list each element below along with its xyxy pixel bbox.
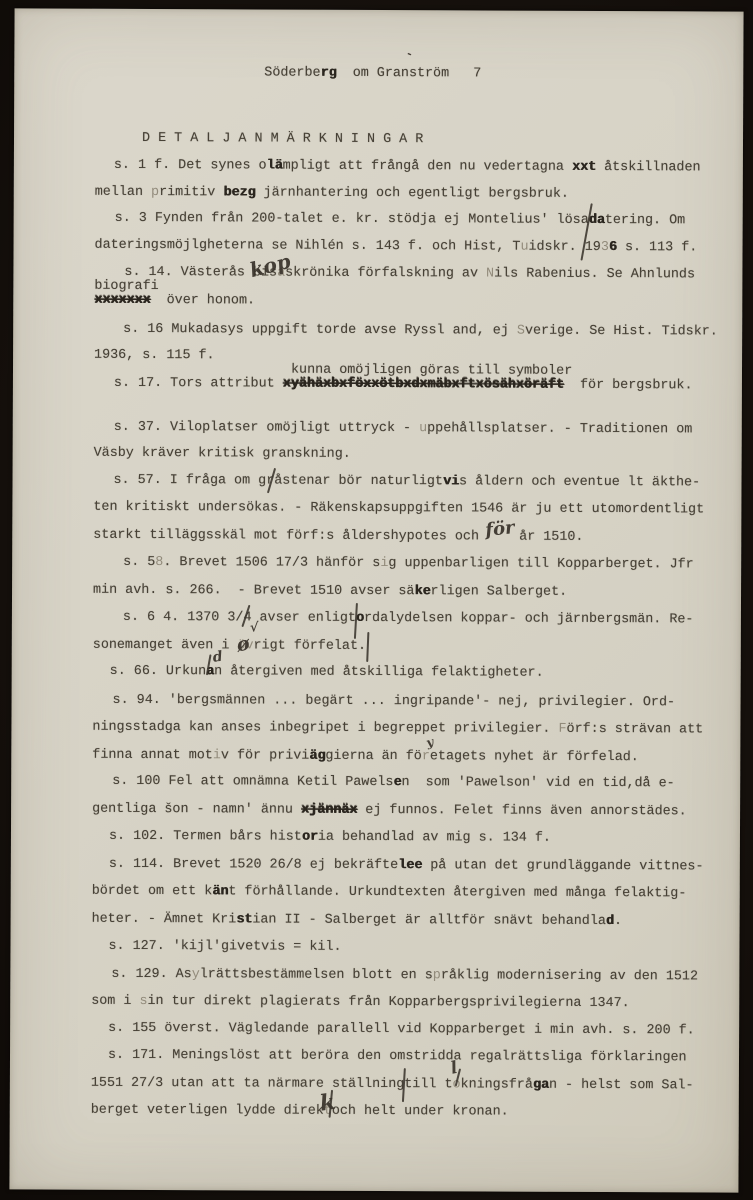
typewritten-text: bezg	[223, 185, 255, 200]
typewritten-line: sonemanget även i övrigt förfelat.	[93, 638, 366, 655]
typewritten-text: som i	[91, 994, 139, 1009]
handwritten-annotation: ø	[235, 634, 251, 655]
typewritten-text: vi	[443, 474, 459, 489]
paper-sheet: Söderberg om Granström 7 D E T A L J A N…	[9, 8, 743, 1192]
typewritten-text: idskr. 19	[528, 240, 600, 255]
typewritten-line: bördet om ett känt förhållande. Urkundte…	[92, 884, 687, 903]
typewritten-text: ej funnos. Felet finns även annorstädes.	[357, 803, 687, 819]
typewritten-text: ppehållsplatser. - Traditionen om	[427, 421, 692, 437]
typewritten-text: mellan	[95, 185, 151, 200]
typewritten-text: kningsfrå	[461, 1077, 533, 1092]
typewritten-text: r	[422, 749, 430, 764]
typewritten-text: rigt förfelat.	[254, 638, 367, 653]
typewritten-text: n som 'Pawelson' vid en tid,då e-	[401, 775, 674, 791]
typewritten-text: örf:s strävan att	[567, 722, 704, 738]
typewritten-text: s åldern och eventue lt äkthe-	[459, 474, 700, 490]
typewritten-text: n återgiven med åtskilliga felaktigheter…	[214, 664, 544, 680]
typewritten-text-block: Söderberg om Granström 7 D E T A L J A N…	[15, 8, 744, 11]
typewritten-line: s. 129. Asylrättsbestämmelsen blott en s…	[111, 967, 698, 986]
typewritten-line: s. 66. Urkunan återgiven med åtskilliga …	[110, 664, 544, 682]
typewritten-text: tering. Om	[605, 213, 685, 228]
typewritten-text: mpligt att frångå den nu vedertagna	[283, 159, 572, 175]
typewritten-text: st	[236, 912, 252, 927]
typewritten-text: gentliga šon - namn' ännu	[92, 802, 301, 818]
typewritten-text: s. 102. Termen bårs hist	[109, 829, 302, 845]
typewritten-text: 1551 27/3 utan att ta närmare ställningt…	[91, 1076, 453, 1093]
typewritten-text: n - helst som Sal-	[549, 1078, 694, 1094]
typewritten-text: S	[517, 324, 525, 339]
typewritten-text: v för privi	[221, 748, 309, 763]
typewritten-text: xxt	[572, 160, 596, 175]
typewritten-line: 1936, s. 115 f.	[94, 348, 215, 365]
handwritten-annotation: för	[484, 519, 515, 540]
typewritten-text: . Brevet 1506 17/3 hänför s	[163, 555, 380, 571]
handwritten-annotation: k	[318, 1091, 336, 1115]
typewritten-text: s. 129. As	[111, 967, 191, 982]
typewritten-text: p	[433, 968, 441, 983]
typewritten-text: ke	[414, 584, 430, 599]
typewritten-text: s. 155 överst. Vägledande parallell vid …	[108, 1021, 695, 1039]
typewritten-line: s. 58. Brevet 1506 17/3 hänför sig uppen…	[123, 555, 694, 573]
pen-stroke-annotation	[366, 632, 369, 662]
typewritten-text: s. 17. Tors attribut	[114, 376, 283, 392]
typewritten-line: s. 102. Termen bårs historia behandlad a…	[109, 829, 551, 847]
typewritten-text: rligen Salberget.	[431, 584, 568, 600]
typewritten-text: Väsby kräver kritisk granskning.	[94, 446, 351, 462]
typewritten-line: mellan primitiv bezg järnhantering och e…	[95, 185, 569, 203]
typewritten-line: s. 1 f. Det synes olämpligt att frångå d…	[114, 158, 701, 177]
typewritten-text: etagets nyhet är förfelad.	[430, 749, 639, 765]
typewritten-line: Väsby kräver kritisk granskning.	[94, 446, 351, 463]
typewritten-line: heter. - Ämnet Kristian II - Salberget ä…	[92, 912, 622, 930]
scan-background: { "page":{ "background_color":"#140f0b",…	[0, 0, 753, 1200]
typewritten-line: 1551 27/3 utan att ta närmare ställningt…	[91, 1076, 694, 1095]
typewritten-text: s. 3 Fynden från 200-talet e. kr. stödja…	[115, 211, 589, 228]
typewritten-line: s. 6 4. 1370 3/4 avser enligtordalydelse…	[123, 610, 694, 628]
typewritten-line: s. 57. I fråga om gråstenar bör naturlig…	[113, 473, 700, 492]
typewritten-text: t förhållande. Urkundtexten återgiven me…	[228, 884, 686, 901]
page-header: Söderberg om Granström 7	[264, 66, 481, 83]
typewritten-text: ga	[533, 1078, 549, 1093]
typewritten-text: ningsstadga kan anses inbegripet i begre…	[92, 720, 558, 737]
typewritten-line: berget veterligen lydde direktoch helt u…	[91, 1103, 509, 1121]
typewritten-text: lee	[398, 858, 422, 873]
header-title-and-page-number: om Granström 7	[337, 66, 482, 82]
typewritten-line: s. 114. Brevet 1520 26/8 ej bekräftelee …	[109, 857, 704, 876]
typewritten-text: rdalydelsen koppar- och järnbergsmän. Re…	[364, 611, 694, 627]
typewritten-text: finna annat mot	[92, 748, 213, 764]
typewritten-text: s. 6 4. 1370 3/4 avser enligt	[123, 610, 356, 626]
typewritten-text: berget veterligen lydde direk	[91, 1103, 324, 1119]
typewritten-line: dateringsmöjlgheterna se Nihlén s. 143 f…	[95, 238, 698, 257]
handwritten-annotation: d	[212, 650, 224, 665]
typewritten-text: in tur direkt plagierats från Kopparberg…	[147, 994, 629, 1011]
typewritten-line: s. 94. 'bergsmännen ... begärt ... ingri…	[113, 693, 676, 711]
typewritten-text: u	[520, 240, 528, 255]
typewritten-text: s. 57. I fråga om gråstenar bör naturlig…	[113, 473, 443, 489]
typewritten-text: .	[614, 914, 622, 929]
typewritten-text: verige. Se Hist. Tidskr.	[525, 324, 718, 340]
typewritten-text: än	[212, 884, 228, 899]
typewritten-text: äg	[309, 749, 325, 764]
typewritten-line: s. 155 överst. Vägledande parallell vid …	[108, 1021, 695, 1040]
typewritten-line: xxxxxxx över honom.	[94, 293, 255, 310]
section-heading: D E T A L J A N M Ä R K N I N G A R	[142, 131, 423, 148]
typewritten-line: gentliga šon - namn' ännu xjännäx ej fun…	[92, 802, 687, 821]
typewritten-text: s. 37. Viloplatser omöjligt uttryck -	[114, 420, 419, 436]
typewritten-text: rimitiv	[159, 185, 223, 200]
typewritten-text: N	[486, 266, 494, 281]
typewritten-line: som i sin tur direkt plagierats från Kop…	[91, 994, 629, 1012]
typewritten-text: s. 5	[123, 555, 155, 570]
typewritten-line: s. 17. Tors attribut xyähäxbxföxxötbxdxm…	[114, 376, 693, 395]
typewritten-text: gierna än fö	[325, 749, 422, 764]
typewritten-text: dateringsmöjlgheterna se Nihlén s. 143 f…	[95, 238, 521, 255]
typewritten-line: finna annat motiv för priviäggierna än f…	[92, 748, 639, 766]
typewritten-text: järnhantering och egentligt bergsbruk.	[255, 185, 568, 201]
typewritten-line: s. 37. Viloplatser omöjligt uttryck - up…	[114, 420, 693, 439]
typewritten-text: o	[356, 611, 364, 626]
typewritten-text: biografi	[94, 279, 158, 294]
typewritten-text: g uppenbarligen till Kopparberget. Jfr	[388, 556, 693, 572]
handwritten-annotation: -	[405, 48, 414, 60]
typewritten-line: ten kritiskt undersökas. - Räkenskapsupp…	[93, 500, 704, 519]
typewritten-text: lä	[267, 159, 283, 174]
typewritten-text: lrättsbestämmelsen blott en s	[200, 967, 433, 983]
typewritten-line: s. 171. Meningslöst att beröra den omstr…	[108, 1048, 687, 1067]
handwritten-annotation: y	[425, 736, 435, 749]
struck-out-text: xyähäxbxföxxötbxdxmäbxftxösähxöräft	[283, 377, 564, 393]
typewritten-text: för bergsbruk.	[564, 378, 693, 394]
typewritten-line: s. 100 Fel att omnämna Ketil Pawelsen so…	[112, 774, 675, 792]
typewritten-text: F	[558, 722, 566, 737]
typewritten-text: råklig modernisering av den 1512	[441, 968, 698, 984]
typewritten-text: or	[302, 830, 318, 845]
typewritten-text: åtskillnaden	[596, 160, 701, 175]
typewritten-text: heter. - Ämnet Kri	[92, 912, 237, 928]
typewritten-text: s. 113 f.	[617, 240, 697, 255]
typewritten-text: s. 16 Mukadasys uppgift torde avse Ryssl…	[123, 322, 517, 339]
typewritten-line: s. 127. 'kijl'givetvis = kil.	[108, 939, 341, 956]
typewritten-text: skrönika förfalskning av	[285, 266, 486, 282]
typewritten-text: da	[589, 213, 605, 228]
header-author-overtype: rg	[321, 66, 337, 81]
typewritten-line: min avh. s. 266. - Brevet 1510 avser säk…	[93, 583, 567, 601]
typewritten-text: och helt under kronan.	[332, 1104, 509, 1120]
typewritten-text: över honom.	[151, 293, 256, 308]
typewritten-text: s. 1 f. Det synes o	[114, 158, 267, 174]
typewritten-text: ils Rabenius. Se Ahnlunds	[494, 267, 695, 283]
handwritten-annotation: √	[250, 621, 259, 634]
typewritten-text: min avh. s. 266. - Brevet 1510 avser sä	[93, 583, 414, 599]
typewritten-text: 1936, s. 115 f.	[94, 348, 215, 364]
typewritten-text: ten kritiskt undersökas. - Räkenskapsupp…	[93, 500, 704, 518]
typewritten-line: s. 14. Västerås bisaskrönika förfalsknin…	[124, 265, 695, 283]
typewritten-line: ningsstadga kan anses inbegripet i begre…	[92, 720, 703, 739]
typewritten-line: s. 3 Fynden från 200-talet e. kr. stödja…	[115, 211, 686, 229]
struck-out-text: xxxxxxx	[94, 293, 150, 308]
typewritten-text: s. 94. 'bergsmännen ... begärt ... ingri…	[113, 693, 676, 710]
typewritten-text: s. 127. 'kijl'givetvis = kil.	[108, 939, 341, 955]
typewritten-text: s. 66. Urkun	[110, 664, 207, 679]
typewritten-text: s. 114. Brevet 1520 26/8 ej bekräfte	[109, 857, 398, 873]
typewritten-line: s. 16 Mukadasys uppgift torde avse Ryssl…	[123, 322, 718, 341]
typewritten-text: ia behandlad av mig s. 134 f.	[318, 830, 551, 846]
typewritten-text: på utan det grundläggande vittnes-	[422, 858, 703, 874]
typewritten-text: s. 100 Fel att omnämna Ketil Pawels	[112, 774, 393, 790]
typewritten-text: ian II - Salberget är alltför snävt beha…	[252, 912, 606, 929]
struck-out-text: xjännäx	[301, 803, 357, 818]
typewritten-text: bördet om ett k	[92, 884, 213, 900]
typewritten-text: s. 171. Meningslöst att beröra den omstr…	[108, 1048, 687, 1066]
typewritten-text: i	[213, 748, 221, 763]
header-author: Söderbe	[264, 66, 320, 81]
